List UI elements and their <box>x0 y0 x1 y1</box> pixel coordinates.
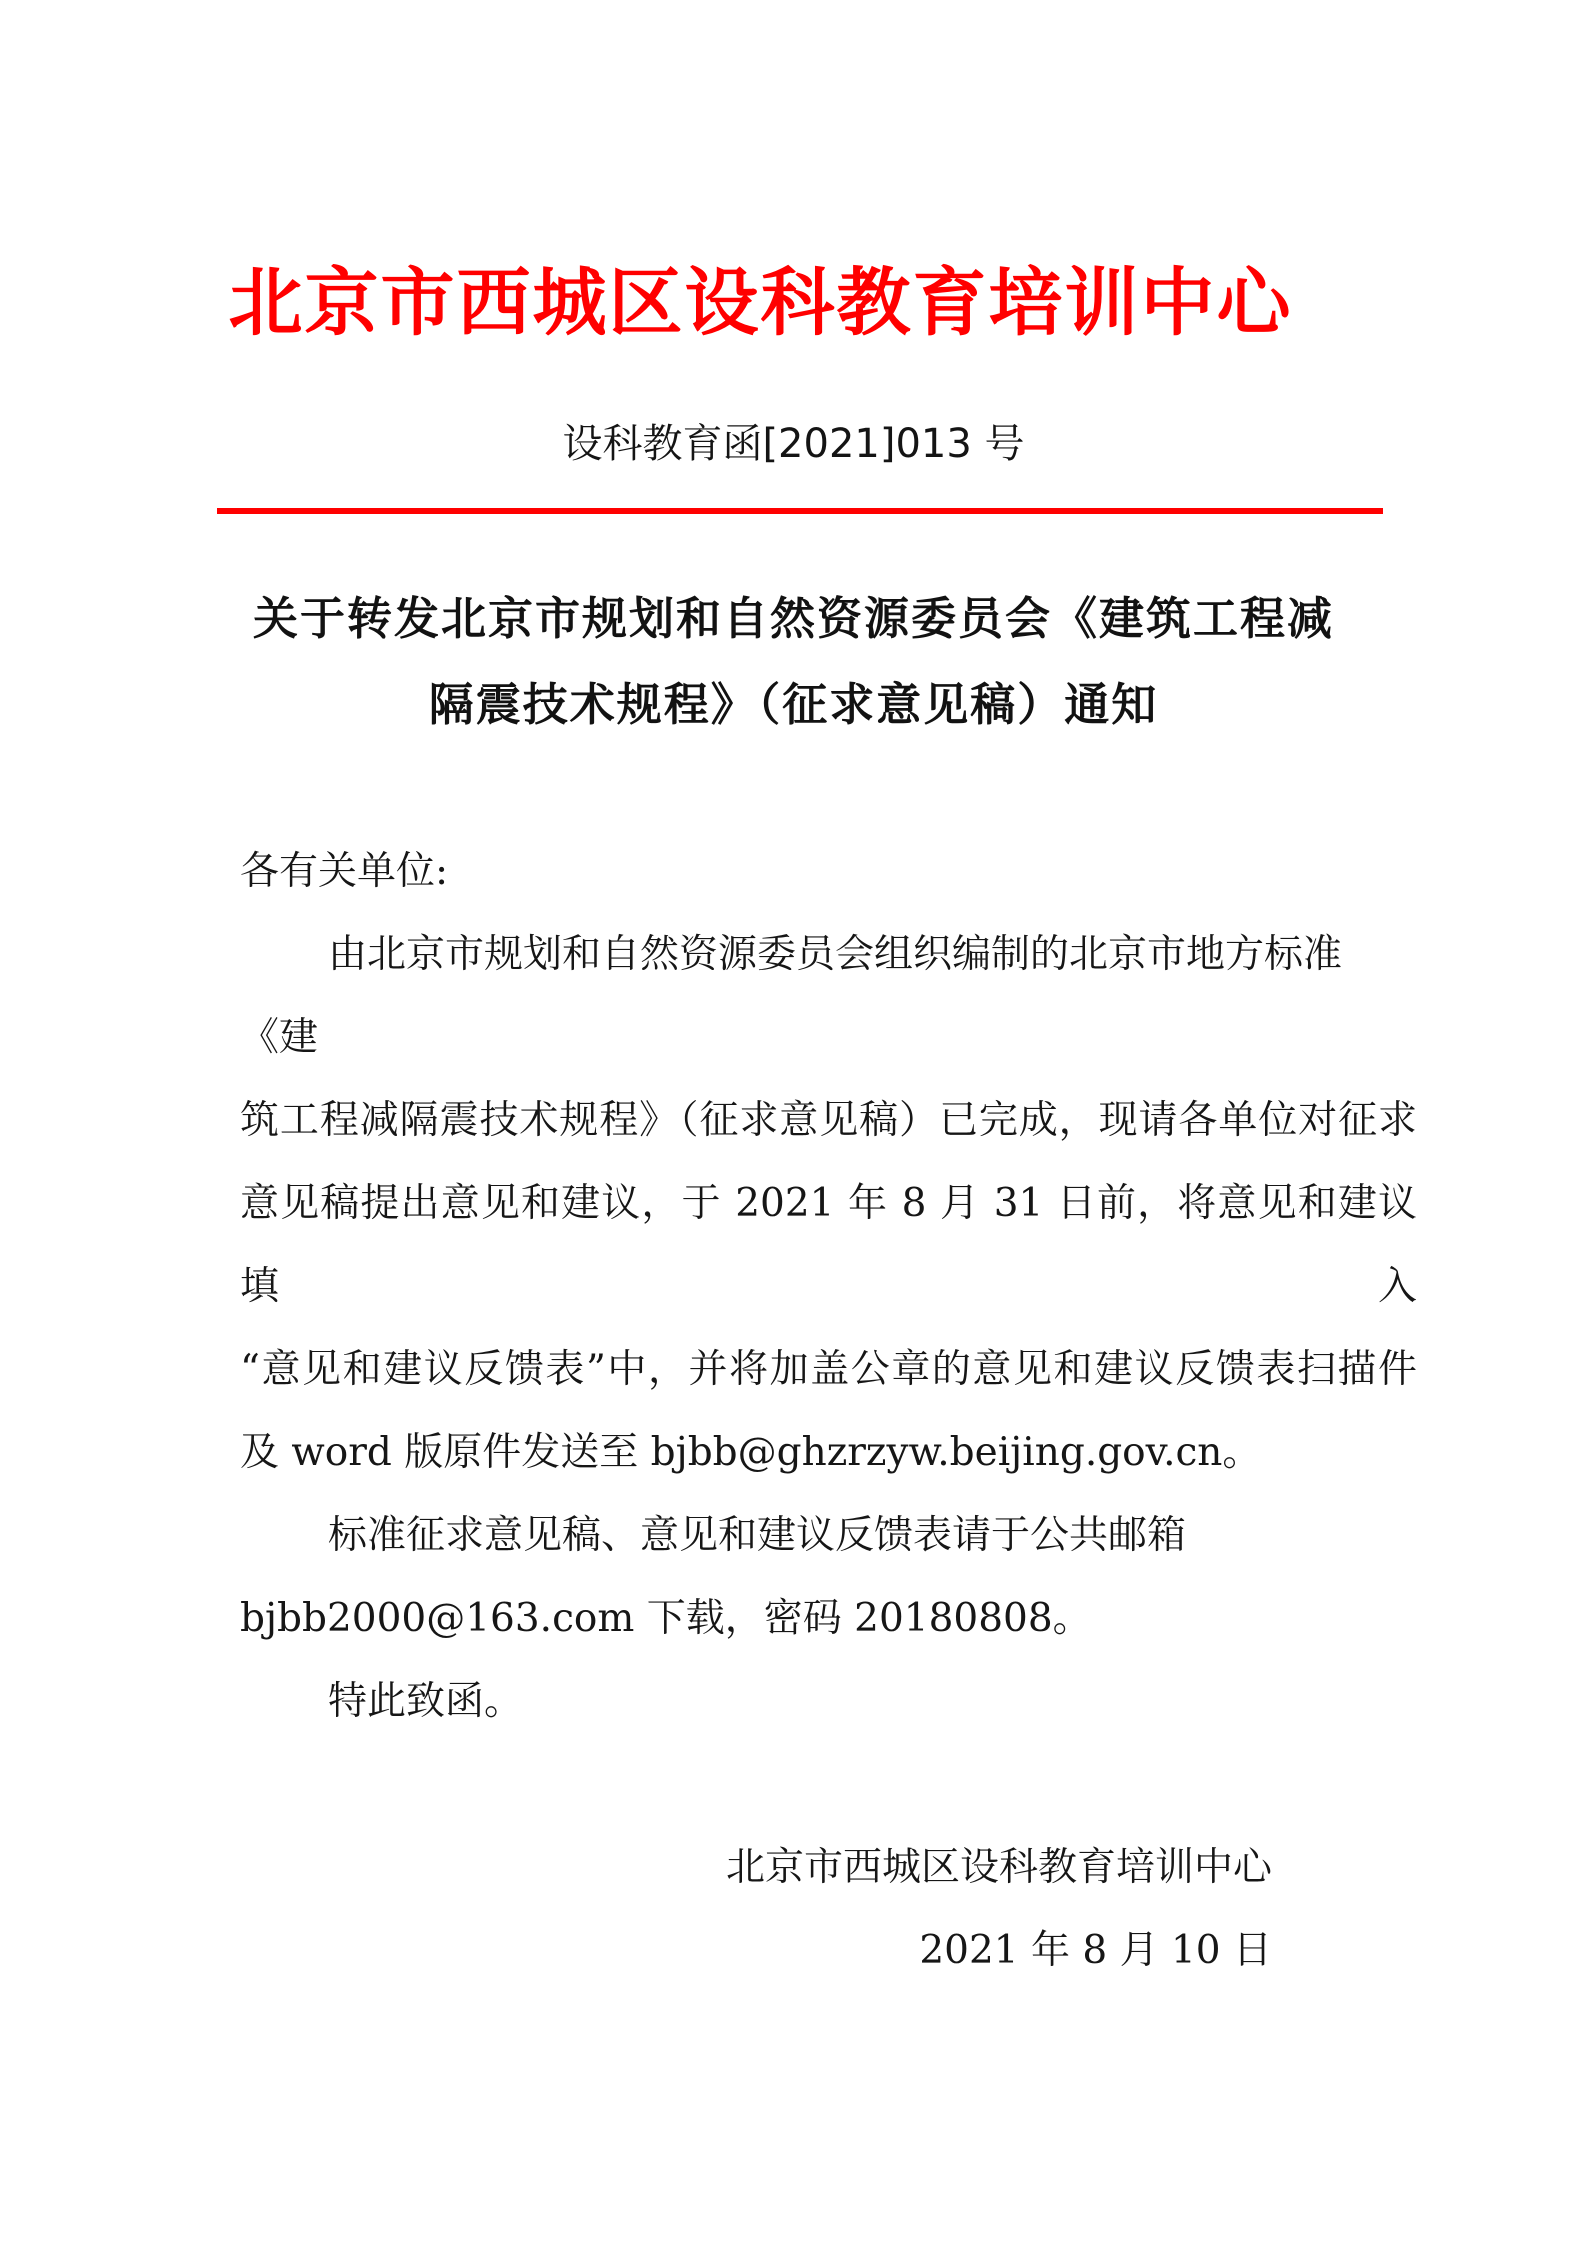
signature-date: 2021 年 8 月 10 日 <box>240 1909 1417 1992</box>
subject-line-2: 隔震技术规程》（征求意见稿）通知 <box>0 662 1587 748</box>
body-line: 特此致函。 <box>240 1660 1417 1743</box>
body-line: 由北京市规划和自然资源委员会组织编制的北京市地方标准《建 <box>240 913 1417 1079</box>
signature-org: 北京市西城区设科教育培训中心 <box>240 1826 1417 1909</box>
document-page: 北京市西城区设科教育培训中心 设科教育函[2021]013 号 关于转发北京市规… <box>0 0 1587 2245</box>
body-line: bjbb2000@163.com 下载，密码 20180808。 <box>240 1577 1417 1660</box>
body-line: 筑工程减隔震技术规程》（征求意见稿）已完成，现请各单位对征求 <box>240 1079 1417 1162</box>
org-title: 北京市西城区设科教育培训中心 <box>0 258 1521 348</box>
body-line: “意见和建议反馈表”中，并将加盖公章的意见和建议反馈表扫描件 <box>240 1328 1417 1411</box>
salutation: 各有关单位: <box>240 830 1417 913</box>
spacer-line <box>240 1743 1417 1826</box>
body-line: 及 word 版原件发送至 bjbb@ghzrzyw.beijing.gov.c… <box>240 1411 1417 1494</box>
body-line: 意见稿提出意见和建议，于 2021 年 8 月 31 日前，将意见和建议填入 <box>240 1162 1417 1328</box>
letter-body: 各有关单位: 由北京市规划和自然资源委员会组织编制的北京市地方标准《建 筑工程减… <box>240 830 1417 1992</box>
red-divider <box>217 508 1383 514</box>
subject-line-1: 关于转发北京市规划和自然资源委员会《建筑工程减 <box>0 576 1587 662</box>
body-line: 标准征求意见稿、意见和建议反馈表请于公共邮箱 <box>240 1494 1417 1577</box>
doc-number: 设科教育函[2021]013 号 <box>0 420 1587 468</box>
subject-title: 关于转发北京市规划和自然资源委员会《建筑工程减 隔震技术规程》（征求意见稿）通知 <box>0 576 1587 748</box>
